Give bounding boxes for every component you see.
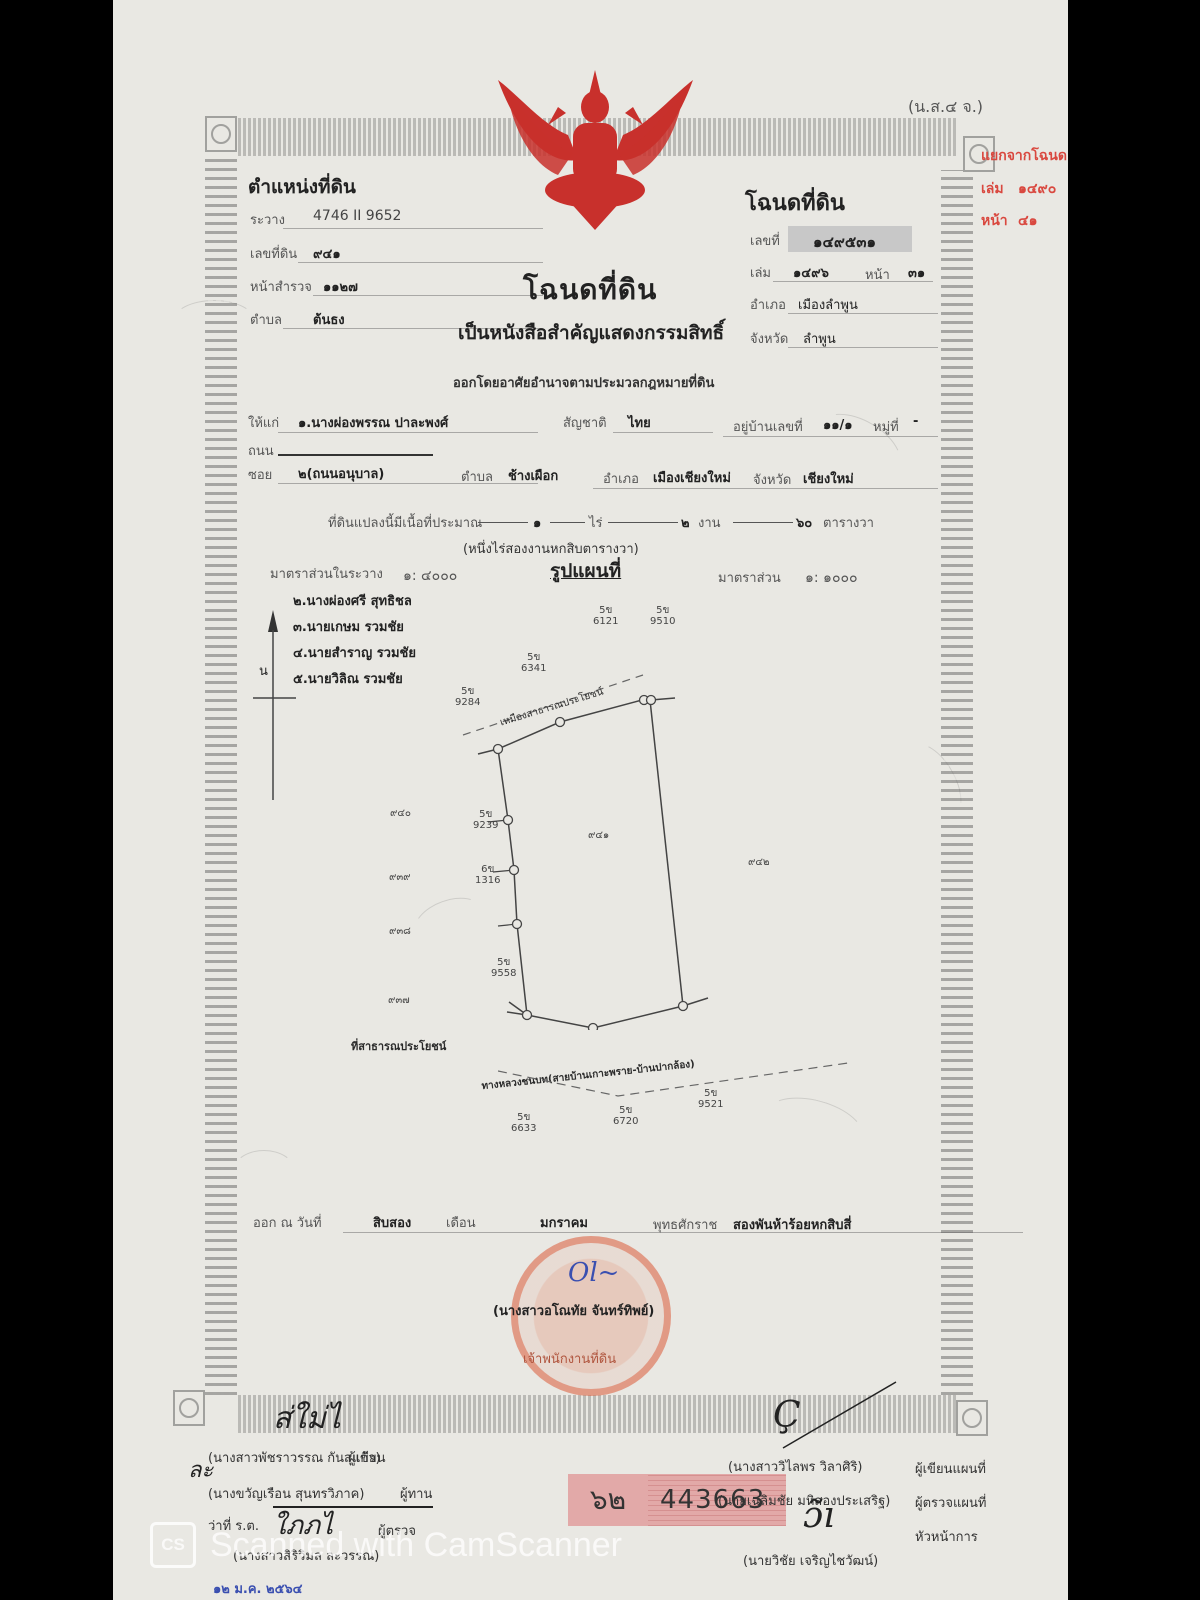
land-position-heading: ตำแหน่งที่ดิน [248, 172, 356, 202]
signatory-name: (นายวิชัย เจริญไชวัฒน์) [743, 1550, 878, 1571]
sheet-scale-label: มาตราส่วนในระวาง [270, 563, 383, 584]
owner-to-label: ให้แก่ [248, 412, 279, 433]
ornamental-border-left [205, 155, 237, 1395]
area-ngan: ๒ [681, 512, 690, 533]
deed-page: ๓๑ [908, 262, 925, 283]
field-underline [313, 295, 543, 296]
dash [478, 522, 528, 523]
survey-page-number: ๑๑๒๗ [323, 276, 358, 297]
signatory-name: (นางขวัญเรือน สุนทรวิภาค) [208, 1483, 364, 1504]
field-underline [613, 432, 713, 433]
north-label: น [259, 660, 268, 681]
deed-district-label: อำเภอ [750, 294, 786, 315]
field-underline [278, 432, 538, 433]
deed-heading: โฉนดที่ดิน [745, 185, 845, 220]
dash [733, 522, 793, 523]
road-dashed-line [498, 1055, 858, 1105]
deed-province-label: จังหวัด [750, 328, 788, 349]
field-underline [788, 313, 938, 314]
sheet-number: 4746 II 9652 [313, 208, 401, 224]
deed-volume-label: เล่ม [750, 262, 771, 283]
writer-signature: ส่ใม่ไ [273, 1395, 341, 1442]
field-underline [788, 347, 938, 348]
land-deed-document: (น.ส.๔ จ.) แยกจากโฉนด เล่ม ๑๔๙๐ หน้า ๔๑ … [113, 0, 1068, 1600]
owner-moo: - [913, 414, 918, 429]
document-subtitle: เป็นหนังสือสำคัญแสดงกรรมสิทธิ์ [458, 318, 724, 348]
signatory-name: (นางสาววิไลพร วิลาศิริ) [728, 1456, 863, 1477]
paper-fiber [233, 1150, 295, 1192]
rai-label: ไร่ [589, 512, 603, 533]
neighbor-parcel: ๙๓๘ [389, 926, 411, 937]
corner-ornament-icon [173, 1390, 205, 1426]
signatory-role: หัวหน้าการ [915, 1526, 978, 1547]
public-land-label: ที่สาธารณประโยชน์ [351, 1037, 446, 1055]
neighbor-parcel: ๙๓๗ [388, 995, 410, 1006]
owner-subdistrict-label: ตำบล [461, 466, 493, 487]
north-arrow-icon [248, 610, 298, 810]
owner-name: ๑.นางผ่องพรรณ ปาละพงศ์ [298, 412, 448, 433]
owner-nationality: ไทย [628, 412, 651, 433]
nationality-label: สัญชาติ [563, 412, 607, 433]
sqwa-label: ตารางวา [823, 512, 874, 533]
split-from-label: แยกจากโฉนด [981, 145, 1067, 167]
boundary-marker: 5ข6633 [511, 1112, 536, 1134]
map-scale: ๑: ๑๐๐๐ [805, 567, 858, 589]
co-owner-4: ๔.นายสำราญ รวมชัย [293, 642, 416, 663]
parcel-number: ๙๔๑ [313, 243, 341, 264]
stamp-date: ๑๒ ม.ค. ๒๕๖๔ [213, 1578, 303, 1599]
parcel-label: เลขที่ดิน [250, 243, 297, 264]
field-underline [773, 281, 933, 282]
owner-district-label: อำเภอ [603, 468, 639, 489]
sheet-scale: ๑: ๔๐๐๐ [403, 565, 457, 587]
co-owner-3: ๓.นายเกษม รวมชัย [293, 616, 404, 637]
soi-label: ซอย [248, 464, 272, 485]
serial-prefix: ๖๒ [568, 1478, 648, 1522]
ornamental-border-right [941, 170, 973, 1395]
moo-label: หมู่ที่ [873, 416, 899, 437]
boundary-marker: 5ข6720 [613, 1105, 638, 1127]
signatory-role: ผู้ตรวจแผนที่ [915, 1492, 986, 1513]
split-from-volume: ๑๔๙๐ [1018, 178, 1056, 200]
owner-subdistrict: ช้างเผือก [508, 465, 558, 486]
house-no-label: อยู่บ้านเลขที่ [733, 416, 803, 437]
ngan-label: งาน [698, 512, 721, 533]
owner-house-no: ๑๑/๑ [823, 414, 853, 435]
sheet-label: ระวาง [250, 209, 285, 230]
boundary-marker: 6ข1316 [475, 864, 500, 886]
subdistrict-label: ตำบล [250, 309, 282, 330]
co-owner-5: ๕.นายวิลิณ รวมชัย [293, 668, 403, 689]
area-rai: ๑ [533, 512, 541, 533]
deed-volume: ๑๔๙๖ [793, 262, 829, 283]
owner-province-label: จังหวัด [753, 469, 791, 490]
neighbor-parcel: ๙๓๙ [389, 872, 410, 883]
position-subdistrict: ต้นธง [313, 309, 345, 330]
issued-prefix: ออก ณ วันที่ [253, 1212, 322, 1233]
field-underline [343, 1232, 1023, 1233]
split-from-page-label: หน้า [981, 210, 1008, 232]
issued-month: มกราคม [540, 1212, 588, 1233]
signatory-role: ผู้ทาน [400, 1483, 432, 1504]
boundary-marker: 5ข9558 [491, 957, 516, 979]
boundary-marker: 5ข9284 [455, 686, 480, 708]
issued-by-line: ออกโดยอาศัยอำนาจตามประมวลกฎหมายที่ดิน [453, 372, 714, 393]
field-underline [278, 483, 538, 484]
signatory-role: ผู้เขียนแผนที่ [915, 1458, 986, 1479]
corner-ornament-icon [205, 116, 237, 152]
neighbor-parcel: ๙๔๐ [390, 808, 411, 819]
neighbor-parcel: ๙๔๒ [748, 857, 769, 868]
road-blank-line [278, 454, 433, 456]
camscanner-watermark: CS Scanned with CamScanner [150, 1522, 622, 1568]
survey-page-label: หน้าสำรวจ [250, 276, 312, 297]
chief-signature: ɔ̃ı [803, 1495, 835, 1536]
road-label: ถนน [248, 440, 274, 461]
issued-day: สิบสอง [373, 1212, 411, 1233]
split-from-page: ๔๑ [1018, 210, 1037, 232]
officer-name: (นางสาวอโณทัย จันทร์ทิพย์) [493, 1300, 654, 1321]
issued-month-label: เดือน [446, 1212, 476, 1233]
owner-soi: ๒(ถนนอนุบาล) [298, 463, 384, 484]
field-underline [283, 228, 543, 229]
boundary-marker: 5ข9510 [650, 605, 675, 627]
field-underline [298, 262, 543, 263]
corner-ornament-icon [956, 1400, 988, 1436]
parcel-label: ๙๔๑ [588, 830, 609, 841]
watermark-text: Scanned with CamScanner [210, 1526, 622, 1565]
field-underline [593, 488, 938, 489]
garuda-emblem-icon [488, 65, 703, 235]
officer-signature: Ol~ [568, 1258, 619, 1288]
field-underline [723, 436, 938, 437]
officer-title: เจ้าพนักงานที่ดิน [523, 1348, 616, 1369]
map-heading: รูปแผนที่ [550, 556, 621, 586]
deed-province: ลำพูน [803, 328, 836, 349]
area-prefix: ที่ดินแปลงนี้มีเนื้อที่ประมาณ [328, 512, 482, 533]
boundary-marker: 5ข6121 [593, 605, 618, 627]
deed-district: เมืองลำพูน [798, 294, 858, 315]
owner-district: เมืองเชียงใหม่ [653, 467, 731, 488]
deed-number: ๑๔๙๕๓๑ [813, 230, 876, 254]
split-from-volume-label: เล่ม [981, 178, 1004, 200]
document-title: โฉนดที่ดิน [523, 268, 657, 312]
scale-label: มาตราส่วน [718, 567, 781, 588]
form-code: (น.ส.๔ จ.) [908, 95, 983, 120]
camscanner-logo-icon: CS [150, 1522, 196, 1568]
signature-stroke [778, 1380, 898, 1450]
reviewer-signature: ละ [188, 1452, 213, 1487]
dash [550, 522, 585, 523]
boundary-marker: 5ข6341 [521, 652, 546, 674]
signatory-role: ผู้เขียน [348, 1447, 385, 1468]
deed-number-label: เลขที่ [750, 230, 780, 251]
dash [608, 522, 678, 523]
boundary-marker: 5ข9239 [473, 809, 498, 831]
co-owner-2: ๒.นางผ่องศรี สุทธิชล [293, 590, 412, 611]
area-sqwa: ๖๐ [796, 512, 812, 533]
owner-province: เชียงใหม่ [803, 468, 854, 489]
